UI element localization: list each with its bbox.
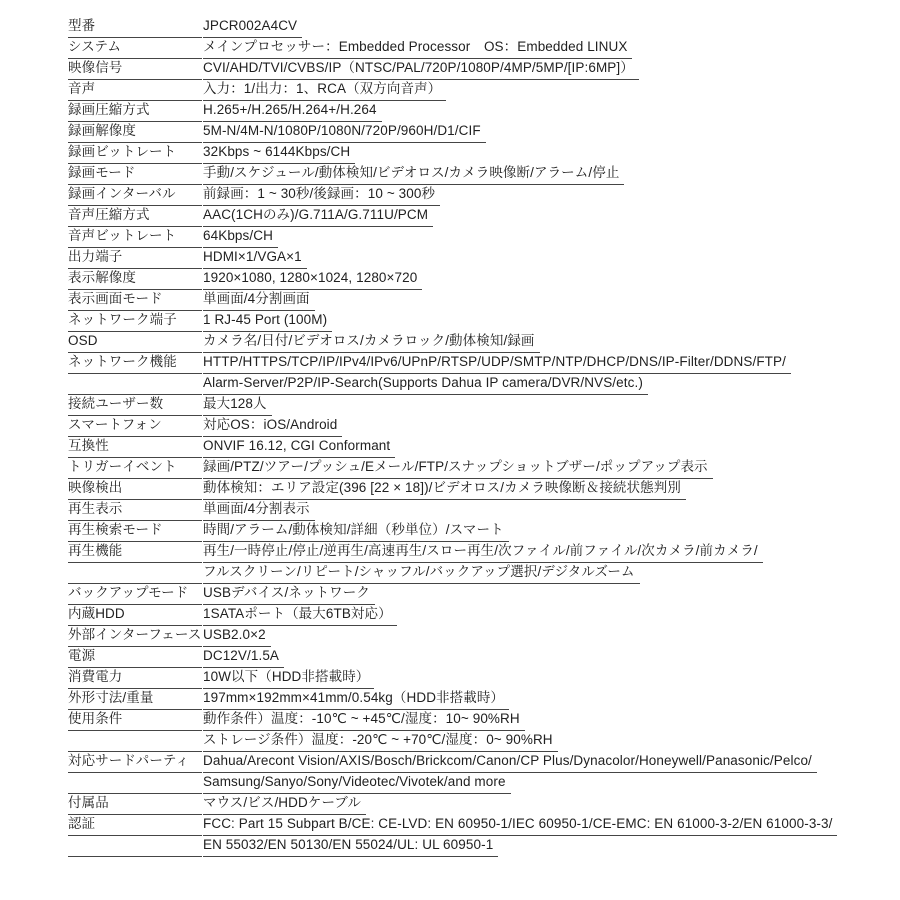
spec-value: カメラ名/日付/ビデオロス/カメラロック/動体検知/録画 [203,331,540,353]
spec-value: フルスクリーン/リピート/シャッフル/バックアップ選択/デジタルズーム [203,562,640,584]
spec-value: 再生/一時停止/停止/逆再生/高速再生/スロー再生/次ファイル/前ファイル/次カ… [203,541,763,563]
spec-value: USB2.0×2 [203,625,271,647]
spec-label [68,730,202,752]
spec-label: 内蔵HDD [68,604,202,626]
spec-row-line: 録画モード 手動/スケジュール/動体検知/ビデオロス/カメラ映像断/アラーム/停… [68,164,892,185]
spec-label: 外部インターフェース [68,625,202,647]
spec-value: 前録画：1 ~ 30秒/後録画：10 ~ 300秒 [203,184,440,206]
spec-label: 使用条件 [68,709,202,731]
spec-row-line: 映像信号 CVI/AHD/TVI/CVBS/IP（NTSC/PAL/720P/1… [68,59,892,80]
spec-value: 入力：1/出力：1、RCA（双方向音声） [203,79,446,101]
spec-label: 再生検索モード [68,520,202,542]
spec-row-line: ストレージ条件）温度：-20℃ ~ +70℃/湿度：0~ 90%RH [68,731,892,752]
spec-value: 最大128人 [203,394,272,416]
spec-value: ストレージ条件）温度：-20℃ ~ +70℃/湿度：0~ 90%RH [203,730,558,752]
spec-label: トリガーイベント [68,457,202,479]
spec-label: 出力端子 [68,247,202,269]
spec-label: 再生表示 [68,499,202,521]
spec-label: OSD [68,331,202,353]
spec-value: マウス/ビス/HDDケーブル [203,793,366,815]
spec-label: 録画解像度 [68,121,202,143]
spec-row-line: フルスクリーン/リピート/シャッフル/バックアップ選択/デジタルズーム [68,563,892,584]
spec-label: 互換性 [68,436,202,458]
spec-row-line: 録画ビットレート 32Kbps ~ 6144Kbps/CH [68,143,892,164]
spec-label [68,373,202,395]
spec-label [68,772,202,794]
spec-row-line: 映像検出 動体検知：エリア設定(396 [22 × 18])/ビデオロス/カメラ… [68,479,892,500]
spec-row-line: 使用条件 動作条件）温度：-10℃ ~ +45℃/湿度：10~ 90%RH [68,710,892,731]
spec-label: 付属品 [68,793,202,815]
spec-label: 再生機能 [68,541,202,563]
spec-row-line: 再生機能 再生/一時停止/停止/逆再生/高速再生/スロー再生/次ファイル/前ファ… [68,542,892,563]
spec-value: 単画面/4分割表示 [203,499,315,521]
spec-value: HDMI×1/VGA×1 [203,247,307,269]
spec-value: 対応OS：iOS/Android [203,415,342,437]
spec-value: DC12V/1.5A [203,646,284,668]
spec-table: 型番 JPCR002A4CV システム メインプロセッサー：Embedded P… [68,17,892,857]
spec-row-line: 録画インターバル 前録画：1 ~ 30秒/後録画：10 ~ 300秒 [68,185,892,206]
spec-label: 音声圧縮方式 [68,205,202,227]
spec-row-line: 対応サードパーティ Dahua/Arecont Vision/AXIS/Bosc… [68,752,892,773]
spec-label: 外形寸法/重量 [68,688,202,710]
spec-label: 録画圧縮方式 [68,100,202,122]
spec-row-line: OSD カメラ名/日付/ビデオロス/カメラロック/動体検知/録画 [68,332,892,353]
spec-label: 消費電力 [68,667,202,689]
spec-label: ネットワーク端子 [68,310,202,332]
spec-value: Alarm-Server/P2P/IP-Search(Supports Dahu… [203,373,648,395]
spec-label: 音声 [68,79,202,101]
spec-label: 対応サードパーティ [68,751,202,773]
spec-value: メインプロセッサー：Embedded Processor OS：Embedded… [203,37,632,59]
spec-value: 1SATAポート（最大6TB対応） [203,604,397,626]
spec-label: 録画インターバル [68,184,202,206]
spec-value: ONVIF 16.12, CGI Conformant [203,436,395,458]
spec-value: 1 RJ-45 Port (100M) [203,310,332,332]
spec-row-line: 出力端子 HDMI×1/VGA×1 [68,248,892,269]
spec-label: 表示画面モード [68,289,202,311]
spec-row-line: EN 55032/EN 50130/EN 55024/UL: UL 60950-… [68,836,892,857]
spec-value: CVI/AHD/TVI/CVBS/IP（NTSC/PAL/720P/1080P/… [203,58,639,80]
spec-label: 映像検出 [68,478,202,500]
spec-label: 録画モード [68,163,202,185]
spec-value: 手動/スケジュール/動体検知/ビデオロス/カメラ映像断/アラーム/停止 [203,163,624,185]
spec-label: 映像信号 [68,58,202,80]
spec-value: AAC(1CHのみ)/G.711A/G.711U/PCM [203,205,433,227]
spec-row-line: 音声 入力：1/出力：1、RCA（双方向音声） [68,80,892,101]
spec-value: Dahua/Arecont Vision/AXIS/Bosch/Brickcom… [203,751,817,773]
spec-label: システム [68,37,202,59]
spec-label: ネットワーク機能 [68,352,202,374]
spec-value: 1920×1080, 1280×1024, 1280×720 [203,268,422,290]
spec-row-line: ネットワーク機能 HTTP/HTTPS/TCP/IP/IPv4/IPv6/UPn… [68,353,892,374]
spec-row-line: バックアップモード USBデバイス/ネットワーク [68,584,892,605]
spec-label: 接続ユーザー数 [68,394,202,416]
spec-value: 64Kbps/CH [203,226,278,248]
spec-row-line: トリガーイベント 録画/PTZ/ツアー/プッシュ/Eメール/FTP/スナップショ… [68,458,892,479]
spec-label [68,835,202,857]
spec-row-line: 認証 FCC: Part 15 Subpart B/CE: CE-LVD: EN… [68,815,892,836]
spec-value: USBデバイス/ネットワーク [203,583,375,605]
spec-value: H.265+/H.265/H.264+/H.264 [203,100,382,122]
spec-label: 電源 [68,646,202,668]
spec-value: 録画/PTZ/ツアー/プッシュ/Eメール/FTP/スナップショットブザー/ポップ… [203,457,713,479]
spec-row-line: スマートフォン 対応OS：iOS/Android [68,416,892,437]
spec-row-line: Samsung/Sanyo/Sony/Videotec/Vivotek/and … [68,773,892,794]
spec-row-line: 再生検索モード 時間/アラーム/動体検知/詳細（秒単位）/スマート [68,521,892,542]
spec-value: HTTP/HTTPS/TCP/IP/IPv4/IPv6/UPnP/RTSP/UD… [203,352,791,374]
spec-row-line: Alarm-Server/P2P/IP-Search(Supports Dahu… [68,374,892,395]
spec-value: EN 55032/EN 50130/EN 55024/UL: UL 60950-… [203,835,498,857]
spec-value: FCC: Part 15 Subpart B/CE: CE-LVD: EN 60… [203,814,837,836]
spec-label: 型番 [68,16,202,38]
spec-row-line: 録画圧縮方式 H.265+/H.265/H.264+/H.264 [68,101,892,122]
spec-label: 録画ビットレート [68,142,202,164]
spec-value: 5M-N/4M-N/1080P/1080N/720P/960H/D1/CIF [203,121,486,143]
spec-value: 32Kbps ~ 6144Kbps/CH [203,142,355,164]
spec-value: JPCR002A4CV [203,16,302,38]
spec-row-line: 音声ビットレート 64Kbps/CH [68,227,892,248]
spec-value: 動作条件）温度：-10℃ ~ +45℃/湿度：10~ 90%RH [203,709,525,731]
spec-label: 表示解像度 [68,268,202,290]
spec-value: 単画面/4分割画面 [203,289,315,311]
spec-row-line: 付属品 マウス/ビス/HDDケーブル [68,794,892,815]
spec-row-line: ネットワーク端子 1 RJ-45 Port (100M) [68,311,892,332]
spec-row-line: 外形寸法/重量 197mm×192mm×41mm/0.54kg（HDD非搭載時） [68,689,892,710]
spec-value: 動体検知：エリア設定(396 [22 × 18])/ビデオロス/カメラ映像断＆接… [203,478,686,500]
spec-label: スマートフォン [68,415,202,437]
spec-row-line: 内蔵HDD 1SATAポート（最大6TB対応） [68,605,892,626]
spec-value: 197mm×192mm×41mm/0.54kg（HDD非搭載時） [203,688,509,710]
spec-value: Samsung/Sanyo/Sony/Videotec/Vivotek/and … [203,772,511,794]
spec-label: 音声ビットレート [68,226,202,248]
spec-row-line: 録画解像度 5M-N/4M-N/1080P/1080N/720P/960H/D1… [68,122,892,143]
spec-value: 10W以下（HDD非搭載時） [203,667,374,689]
spec-row-line: 接続ユーザー数 最大128人 [68,395,892,416]
spec-row-line: 外部インターフェース USB2.0×2 [68,626,892,647]
spec-row-line: 消費電力 10W以下（HDD非搭載時） [68,668,892,689]
spec-row-line: システム メインプロセッサー：Embedded Processor OS：Emb… [68,38,892,59]
spec-row-line: 型番 JPCR002A4CV [68,17,892,38]
spec-row-line: 互換性 ONVIF 16.12, CGI Conformant [68,437,892,458]
spec-label [68,562,202,584]
spec-row-line: 電源 DC12V/1.5A [68,647,892,668]
spec-row-line: 表示画面モード 単画面/4分割画面 [68,290,892,311]
spec-label: 認証 [68,814,202,836]
spec-row-line: 音声圧縮方式 AAC(1CHのみ)/G.711A/G.711U/PCM [68,206,892,227]
spec-sheet: 型番 JPCR002A4CV システム メインプロセッサー：Embedded P… [0,0,900,900]
spec-row-line: 再生表示 単画面/4分割表示 [68,500,892,521]
spec-row-line: 表示解像度 1920×1080, 1280×1024, 1280×720 [68,269,892,290]
spec-value: 時間/アラーム/動体検知/詳細（秒単位）/スマート [203,520,509,542]
spec-label: バックアップモード [68,583,202,605]
